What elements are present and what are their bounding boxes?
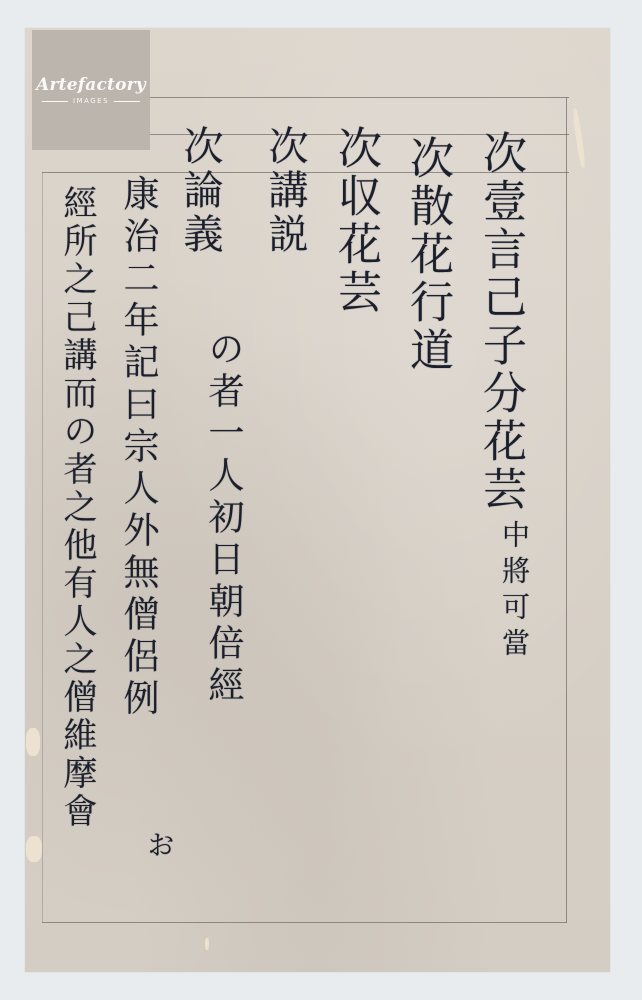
- ruled-line-right: [566, 97, 567, 923]
- calligraphy-column-8: 經所之己講而の者之他有人之僧維摩會: [60, 185, 94, 831]
- paper-stain: [205, 938, 209, 950]
- watermark-title: Artefactory: [36, 75, 146, 95]
- paper-stain: [572, 108, 586, 168]
- artefactory-watermark: Artefactory IMAGES: [32, 30, 150, 150]
- ruled-line-top-1: [150, 97, 569, 98]
- calligraphy-column-7: 康治二年記曰宗人外無僧侶例: [120, 175, 156, 721]
- calligraphy-annotation: 中將可當: [500, 520, 528, 664]
- paper-stain: [26, 836, 42, 862]
- watermark-subtitle-row: IMAGES: [42, 97, 140, 105]
- calligraphy-column-1: 次壹言己子分花芸: [478, 130, 522, 514]
- calligraphy-column-2: 次散花行道: [405, 135, 449, 375]
- calligraphy-column-5: 次論義: [180, 125, 220, 257]
- calligraphy-column-6: の者一人初日朝倍經: [205, 330, 241, 708]
- calligraphy-column-7-suffix: お: [145, 830, 173, 862]
- paper-stain: [26, 728, 40, 756]
- watermark-rule: [114, 101, 140, 102]
- watermark-subtitle: IMAGES: [73, 97, 109, 105]
- calligraphy-column-3: 次収花芸: [333, 125, 377, 317]
- calligraphy-column-4: 次講説: [265, 125, 305, 257]
- ruled-line-left: [42, 172, 43, 923]
- ruled-line-bottom: [42, 922, 567, 923]
- watermark-rule: [42, 101, 68, 102]
